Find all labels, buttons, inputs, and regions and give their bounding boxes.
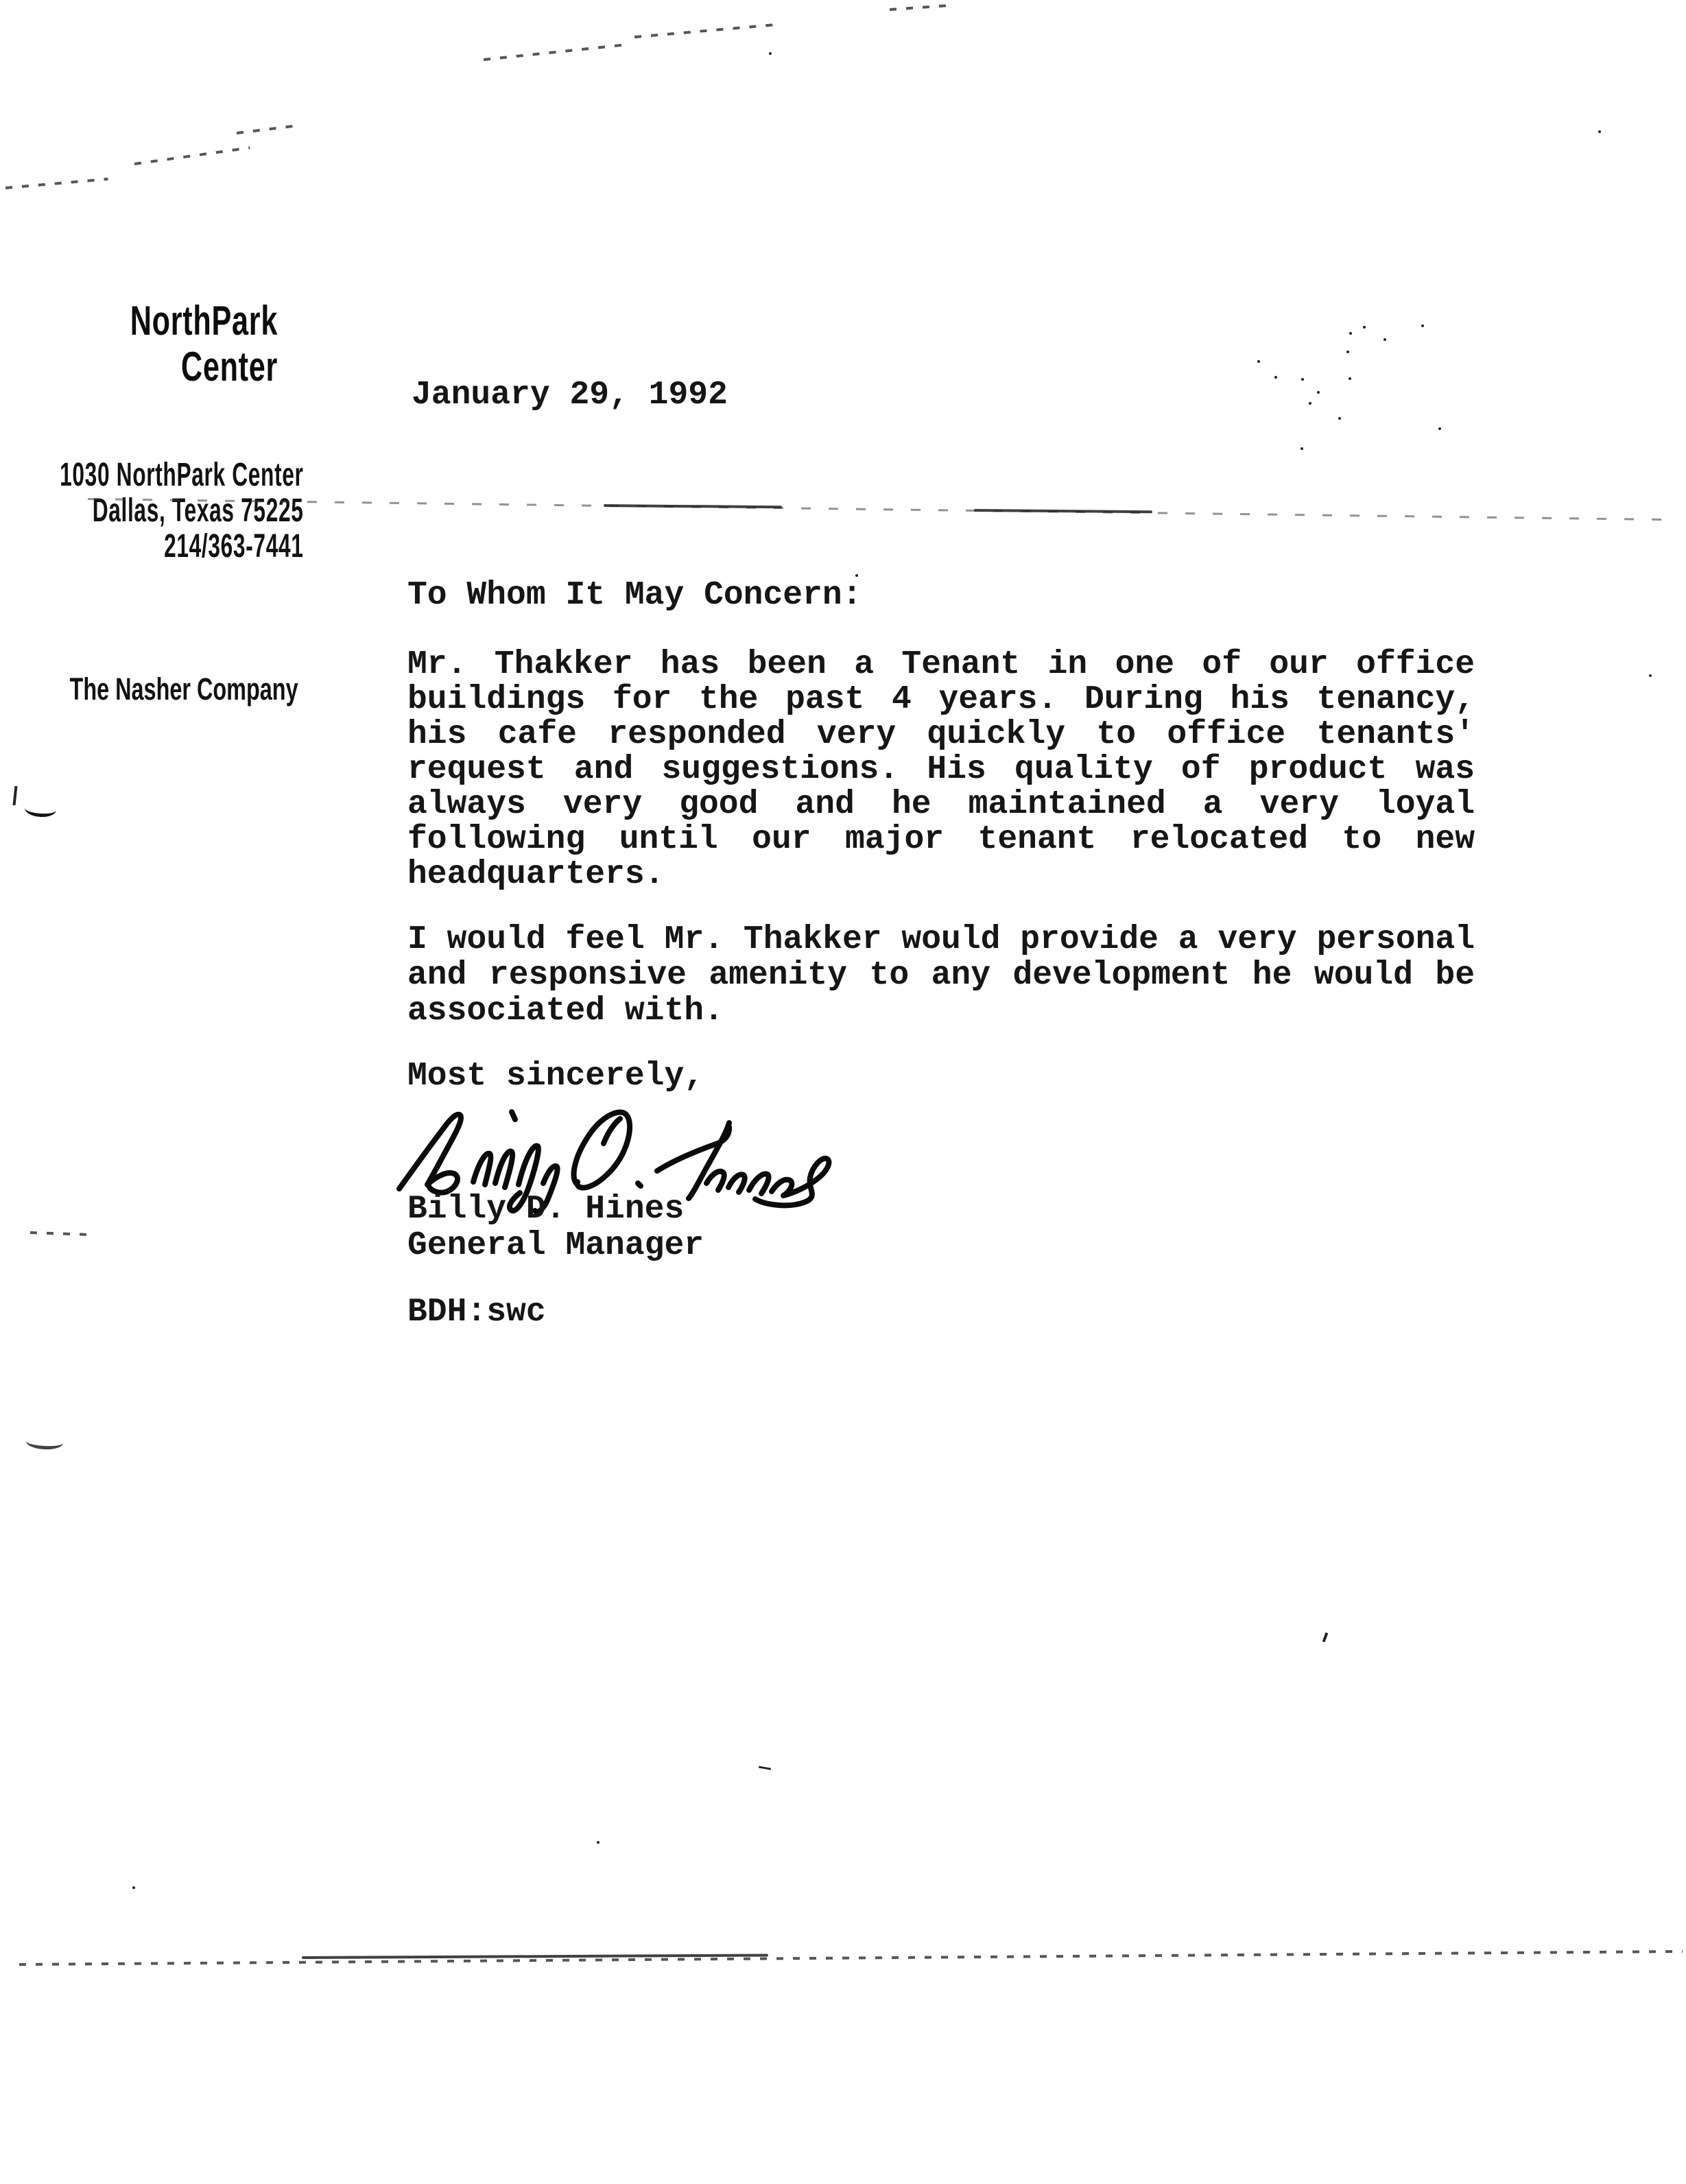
letterhead-logo-line1: NorthPark: [130, 298, 278, 344]
scan-smudge-line: [237, 125, 295, 134]
letter-line: always very good and he maintained a ver…: [407, 787, 1475, 822]
scan-speck: [1346, 351, 1349, 353]
scan-speck: [1338, 417, 1341, 420]
scan-speck: [1438, 427, 1441, 430]
letter-line: following until our major tenant relocat…: [407, 822, 1475, 857]
scan-smudge-line: [88, 498, 1679, 521]
scan-speck: [1349, 377, 1351, 380]
scan-smudge-line: [890, 4, 950, 11]
scan-artifact-curl: [24, 800, 56, 818]
scan-speck: [1257, 360, 1260, 363]
scanned-letter-page: NorthPark Center 1030 NorthPark Center D…: [0, 0, 1686, 2184]
scan-speck: [855, 574, 858, 577]
letter-line: buildings for the past 4 years. During h…: [407, 682, 1475, 717]
scan-speck: [1363, 326, 1366, 329]
signer-typed-name: Billy D. Hines: [407, 1192, 684, 1227]
scan-tick: [759, 1766, 771, 1770]
letter-date: January 29, 1992: [412, 378, 728, 413]
letter-paragraph-1: Mr. Thakker has been a Tenant in one of …: [407, 648, 1475, 892]
scan-speck: [1274, 376, 1277, 379]
scan-speck: [1598, 130, 1601, 133]
scan-smudge-line: [634, 23, 782, 38]
scan-speck: [1649, 674, 1652, 677]
letterhead-company: The Nasher Company: [70, 673, 298, 706]
scan-speck: [1421, 324, 1424, 327]
scan-smudge-line: [484, 44, 624, 61]
scan-speck: [1349, 332, 1352, 335]
letter-line: his cafe responded very quickly to offic…: [407, 717, 1475, 752]
letter-salutation: To Whom It May Concern:: [407, 578, 862, 613]
scan-speck: [769, 52, 772, 55]
scan-speck: [597, 1841, 599, 1844]
letter-line: I would feel Mr. Thakker would provide a…: [407, 922, 1475, 958]
scan-speck: [1317, 391, 1320, 394]
letter-line: and responsive amenity to any developmen…: [407, 958, 1475, 993]
letter-line: Mr. Thakker has been a Tenant in one of …: [407, 648, 1475, 682]
typist-reference: BDH:swc: [407, 1295, 546, 1330]
scan-speck: [1301, 378, 1304, 381]
scan-smudge-line: [134, 146, 250, 165]
scan-tick: [1322, 1633, 1329, 1643]
letterhead-logo: NorthPark Center: [130, 298, 278, 390]
signer-title: General Manager: [407, 1228, 704, 1263]
letterhead-address: 1030 NorthPark Center Dallas, Texas 7522…: [60, 458, 304, 565]
scan-smudge-line: [19, 1950, 1683, 1966]
letter-line: request and suggestions. His quality of …: [407, 752, 1475, 787]
letter-paragraph-2: I would feel Mr. Thakker would provide a…: [407, 922, 1475, 1029]
scan-speck: [1384, 338, 1386, 341]
scan-artifact-curl: [25, 1434, 63, 1451]
scan-smudge-line: [30, 1231, 92, 1236]
letterhead-logo-line2: Center: [130, 344, 278, 390]
letterhead-address-line: 214/363-7441: [60, 529, 304, 565]
scan-speck: [1301, 447, 1303, 450]
scan-smudge-line: [5, 178, 108, 189]
letter-line: associated with.: [407, 993, 1475, 1029]
scan-tick: [13, 786, 18, 805]
scan-speck: [132, 1886, 135, 1889]
letterhead-address-line: 1030 NorthPark Center: [60, 458, 304, 493]
scan-speck: [1309, 402, 1311, 405]
letter-line: headquarters.: [407, 857, 1475, 892]
